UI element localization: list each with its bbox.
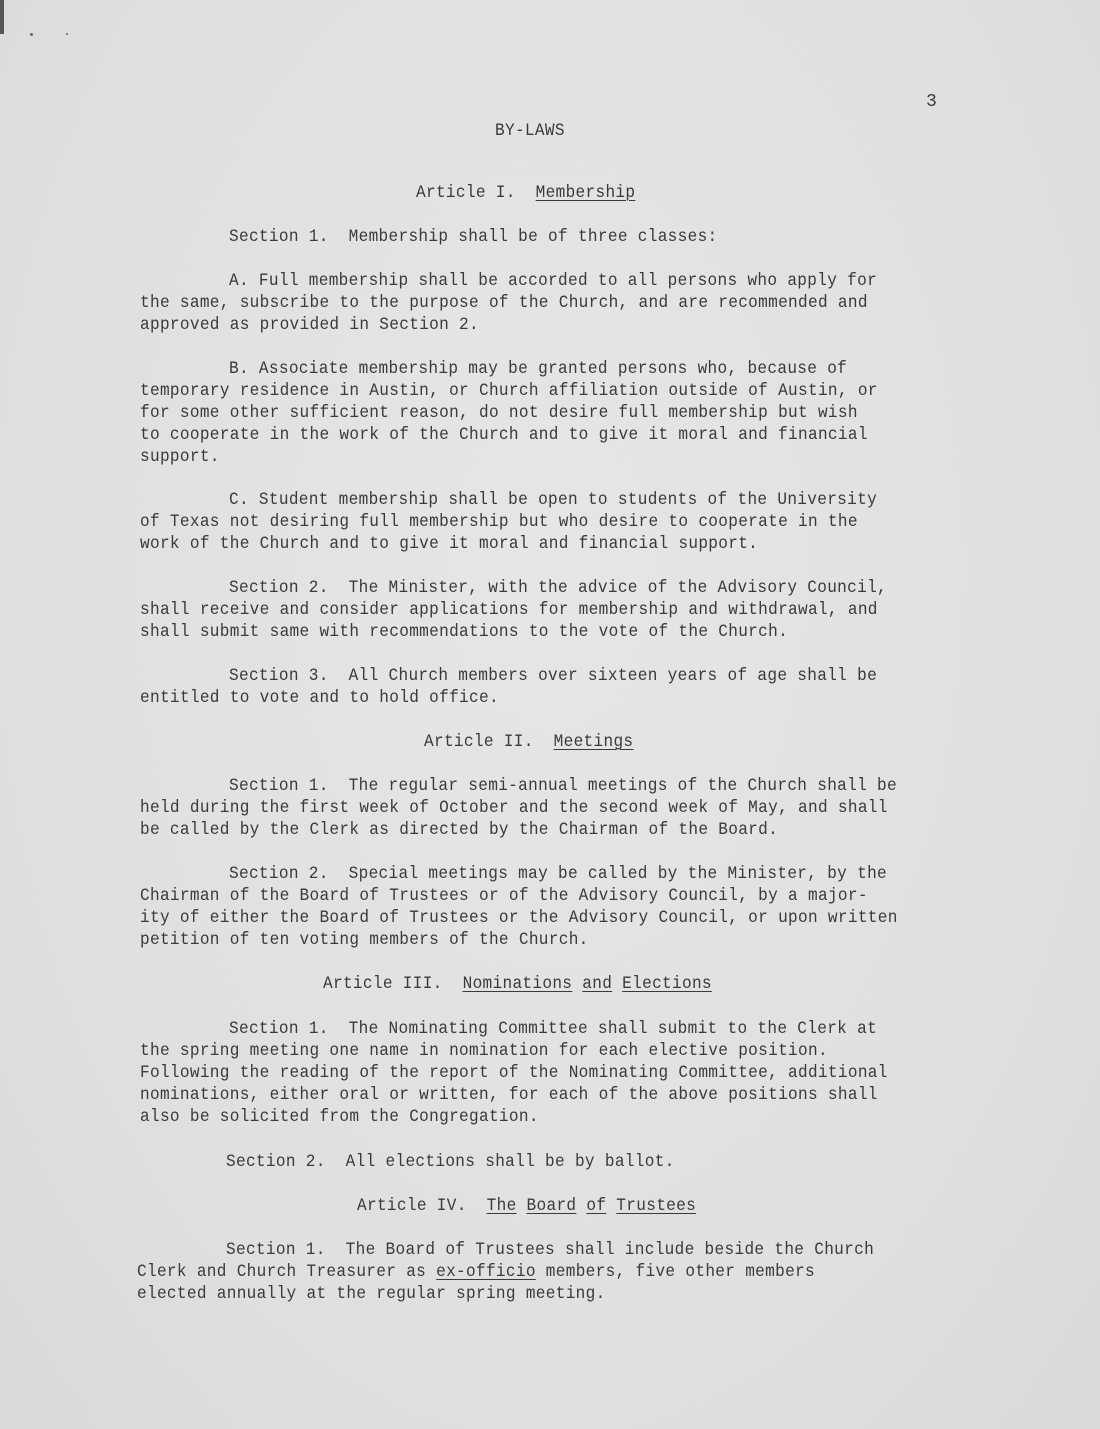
document-page: 3 BY-LAWS Article I. Membership Section …	[0, 0, 1100, 1429]
article-title: Meetings	[554, 733, 634, 752]
page-edge-mark	[0, 0, 4, 34]
article-1-heading: Article I. Membership	[416, 184, 635, 204]
class-b-line: to cooperate in the work of the Church a…	[140, 426, 868, 446]
class-b-line: support.	[140, 448, 220, 468]
article-title-word: The	[487, 1197, 517, 1216]
article-2-section-2-line: Section 2. Special meetings may be calle…	[229, 865, 887, 885]
class-a-line: the same, subscribe to the purpose of th…	[140, 294, 868, 314]
article-1-section-3-line: entitled to vote and to hold office.	[140, 689, 499, 709]
article-4-heading: Article IV. The Board of Trustees	[357, 1197, 696, 1217]
class-a-line: A. Full membership shall be accorded to …	[229, 272, 877, 292]
article-3-heading: Article III. Nominations and Elections	[323, 975, 712, 995]
article-3-section-1-line: Following the reading of the report of t…	[140, 1064, 888, 1084]
article-2-section-1-line: held during the first week of October an…	[140, 799, 888, 819]
article-3-section-1-line: Section 1. The Nominating Committee shal…	[229, 1020, 877, 1040]
article-3-section-2: Section 2. All elections shall be by bal…	[226, 1153, 675, 1173]
article-number: Article III.	[323, 975, 443, 994]
ink-speck	[66, 33, 68, 35]
article-3-section-1-line: also be solicited from the Congregation.	[140, 1108, 539, 1128]
article-title: Membership	[536, 184, 636, 203]
article-4-section-1-line: Section 1. The Board of Trustees shall i…	[226, 1241, 874, 1261]
class-c-line: C. Student membership shall be open to s…	[229, 491, 877, 511]
article-2-section-1-line: be called by the Clerk as directed by th…	[140, 821, 778, 841]
article-3-section-1-line: the spring meeting one name in nominatio…	[140, 1042, 828, 1062]
article-2-section-2-line: Chairman of the Board of Trustees or of …	[140, 887, 868, 907]
article-title-word: of	[586, 1197, 606, 1216]
page-number: 3	[926, 92, 937, 112]
class-b-line: temporary residence in Austin, or Church…	[140, 382, 878, 402]
article-1-section-2-line: shall submit same with recommendations t…	[140, 623, 788, 643]
article-2-section-2-line: ity of either the Board of Trustees or t…	[140, 909, 898, 929]
article-4-section-1-line: elected annually at the regular spring m…	[137, 1285, 606, 1305]
article-title-word: Nominations	[463, 975, 573, 994]
class-a-line: approved as provided in Section 2.	[140, 316, 479, 336]
text-run: members, five other members	[536, 1263, 815, 1282]
article-1-section-2-line: Section 2. The Minister, with the advice…	[229, 579, 887, 599]
article-1-section-3-line: Section 3. All Church members over sixte…	[229, 667, 877, 687]
article-2-heading: Article II. Meetings	[424, 733, 633, 753]
class-b-line: for some other sufficient reason, do not…	[140, 404, 858, 424]
article-number: Article II.	[424, 733, 534, 752]
ex-officio-term: ex-officio	[436, 1263, 536, 1282]
document-title: BY-LAWS	[495, 122, 565, 142]
article-title-word: Trustees	[616, 1197, 696, 1216]
article-1-section-2-line: shall receive and consider applications …	[140, 601, 878, 621]
article-title-word: Board	[527, 1197, 577, 1216]
article-title-word: and	[582, 975, 612, 994]
article-title-word: Elections	[622, 975, 712, 994]
class-c-line: of Texas not desiring full membership bu…	[140, 513, 858, 533]
class-b-line: B. Associate membership may be granted p…	[229, 360, 847, 380]
article-3-section-1-line: nominations, either oral or written, for…	[140, 1086, 878, 1106]
article-2-section-2-line: petition of ten voting members of the Ch…	[140, 931, 589, 951]
section-1-intro: Section 1. Membership shall be of three …	[229, 228, 718, 248]
article-number: Article I.	[416, 184, 516, 203]
article-2-section-1-line: Section 1. The regular semi-annual meeti…	[229, 777, 897, 797]
article-number: Article IV.	[357, 1197, 467, 1216]
text-run: Clerk and Church Treasurer as	[137, 1263, 436, 1282]
article-4-section-1-line: Clerk and Church Treasurer as ex-officio…	[137, 1263, 815, 1283]
ink-speck	[30, 33, 33, 36]
class-c-line: work of the Church and to give it moral …	[140, 535, 758, 555]
